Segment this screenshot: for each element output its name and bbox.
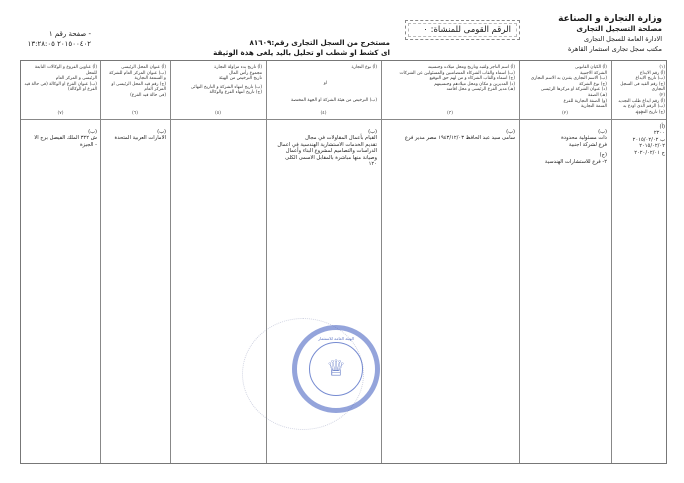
column-3-content: (ب) سامى سيد عبد الحافظ ١٩٤٣/١٢/٠٣ مصر م… bbox=[383, 129, 515, 142]
column-2-header: (أ) الكيان القانونى الشركة الاجنبية (ب) … bbox=[521, 65, 607, 110]
header-line: (فى حالة قيد الفرع) bbox=[102, 93, 166, 99]
content-line: ج ٢٠٢٠/٠٢/٠١ bbox=[613, 150, 665, 156]
column-4-header: (أ) نوع التجارة او (ب) الترخيص من هيئة ا… bbox=[268, 65, 377, 104]
column-6-number: (٦) bbox=[100, 111, 170, 116]
extract-heading: مستخرج من السجل التجارى رقم:٨١٦٠٩ اى كشط… bbox=[190, 38, 390, 58]
header-line: (ب) الترخيص من هيئة الشركة او الجهة المخ… bbox=[268, 98, 377, 104]
column-3-number: (٣) bbox=[381, 111, 519, 116]
stamp-ring-text: الهيئة العامة للاستثمار bbox=[297, 336, 375, 341]
content-line: - الجيزة bbox=[23, 142, 97, 148]
column-3-header: (أ) اسم التاجر ولقبه وتاريخ ومحل ميلاده … bbox=[383, 65, 515, 93]
print-timestamp: ٢٠١٥٠٠٤٠٢ ١٣:٢٨:٠٥ bbox=[6, 39, 91, 49]
content-line: سامى سيد عبد الحافظ ١٩٤٣/١٢/٠٣ مصر مدير … bbox=[383, 135, 515, 141]
national-number-box: الرقم القومى للمنشاة: ٠ bbox=[405, 20, 520, 40]
column-2-content: (ب) ذات مسئولية محدودة فرع لشركة اجنبية … bbox=[521, 129, 607, 165]
header-line: الفرع او الوكالة) bbox=[23, 87, 97, 93]
header-line: (ج) رقم قيد المحل الرئيسى او المركز العا… bbox=[102, 82, 166, 93]
content-line: فرع لشركة اجنبية bbox=[521, 142, 607, 148]
column-4-number: (٤) bbox=[266, 111, 381, 116]
header-line: او bbox=[268, 81, 327, 87]
eagle-emblem-icon: ♕ bbox=[326, 357, 346, 382]
national-number-label: الرقم القومى للمنشاة: ٠ bbox=[423, 25, 511, 35]
column-6-content: (ب) الامارات العربية المتحدة bbox=[102, 129, 166, 142]
column-7-header: (أ) عناوين الفروع و الوكالات التابعة للم… bbox=[23, 65, 97, 93]
column-divider bbox=[381, 61, 382, 463]
extract-warning: اى كشط او شطب او تحليل باليد يلغى هذة ال… bbox=[190, 48, 390, 58]
content-line: ب ٢٠١٥/٠٢/٠٢ ٢٠١٥/٠٢/٠٢ bbox=[613, 137, 665, 150]
content-line: ٢- فرع للاستشارات الهندسية bbox=[521, 159, 607, 165]
header-line: (أ) عناوين الفروع و الوكالات التابعة للم… bbox=[23, 65, 97, 76]
header-line: تاريخ الترخيص من الهيئة bbox=[172, 76, 262, 82]
column-divider bbox=[100, 61, 101, 463]
ministry-name: وزارة التجارة و الصناعة bbox=[522, 14, 662, 24]
header-line: (ج) رقم القيد فى السجل التجارى bbox=[613, 82, 665, 93]
extract-title: مستخرج من السجل التجارى رقم:٨١٦٠٩ bbox=[190, 38, 390, 48]
authority-name: مصلحة التسجيل التجارى bbox=[522, 24, 662, 34]
header-line: (ج) تاريخ انتهاء الفرع والوكالة bbox=[172, 90, 262, 96]
department-name: الادارة العامة للسجل التجارى bbox=[522, 34, 662, 44]
header-line: (أ) نوع التجارة bbox=[268, 65, 377, 71]
header-line: السمة التجارية bbox=[521, 104, 607, 110]
header-line: (هـ) مدير الفرع الرئيسى و محل اقامته bbox=[383, 87, 515, 93]
column-2-number: (٢) bbox=[519, 111, 611, 116]
header-row-divider bbox=[21, 119, 666, 120]
page-info: - صفحة رقم ١ ٢٠١٥٠٠٤٠٢ ١٣:٢٨:٠٥ bbox=[6, 29, 91, 49]
column-divider bbox=[170, 61, 171, 463]
column-divider bbox=[611, 61, 612, 463]
column-divider bbox=[519, 61, 520, 463]
content-line: وصيانة منها مباشرة بالمقابل الاسمى الكلى bbox=[268, 155, 377, 161]
column-4-content: (ب) القيام بأعمال المقاولات في مجال تقدي… bbox=[268, 129, 377, 167]
column-1-number: (١) bbox=[611, 111, 668, 116]
content-line: الامارات العربية المتحدة bbox=[102, 135, 166, 141]
content-line: ش ٣٢٢ الملك الفيصل برج الا bbox=[23, 135, 97, 141]
column-7-content: (ب) ش ٣٢٢ الملك الفيصل برج الا - الجيزة bbox=[23, 129, 97, 148]
page-number: - صفحة رقم ١ bbox=[6, 29, 91, 39]
column-1-content: (أ) ٢٢٠٠ ب ٢٠١٥/٠٢/٠٢ ٢٠١٥/٠٢/٠٢ ج ٢٠٢٠/… bbox=[613, 124, 665, 156]
header-line: (ب) الاسم التجارى يقترن به الاسم التجارى bbox=[521, 76, 607, 82]
official-stamp: الهيئة العامة للاستثمار ♕ bbox=[292, 325, 380, 413]
column-1-header: (١) (أ) رقم الايداع (ب) تاريخ الايداع (ج… bbox=[613, 65, 665, 115]
column-6-header: (أ) عنوان المحل الرئيسى (ب) عنوان المركز… bbox=[102, 65, 166, 99]
column-5-number: (٥) bbox=[170, 111, 266, 116]
ministry-header: وزارة التجارة و الصناعة مصلحة التسجيل ال… bbox=[522, 14, 662, 54]
office-name: مكتب سجل تجارى استثمار القاهرة bbox=[522, 44, 662, 54]
content-line: ١٢٠ bbox=[268, 161, 377, 167]
column-7-number: (٧) bbox=[21, 111, 100, 116]
column-5-header: (أ) تاريخ بدء مزاولة التجارة مجموع رأس ا… bbox=[172, 65, 262, 96]
